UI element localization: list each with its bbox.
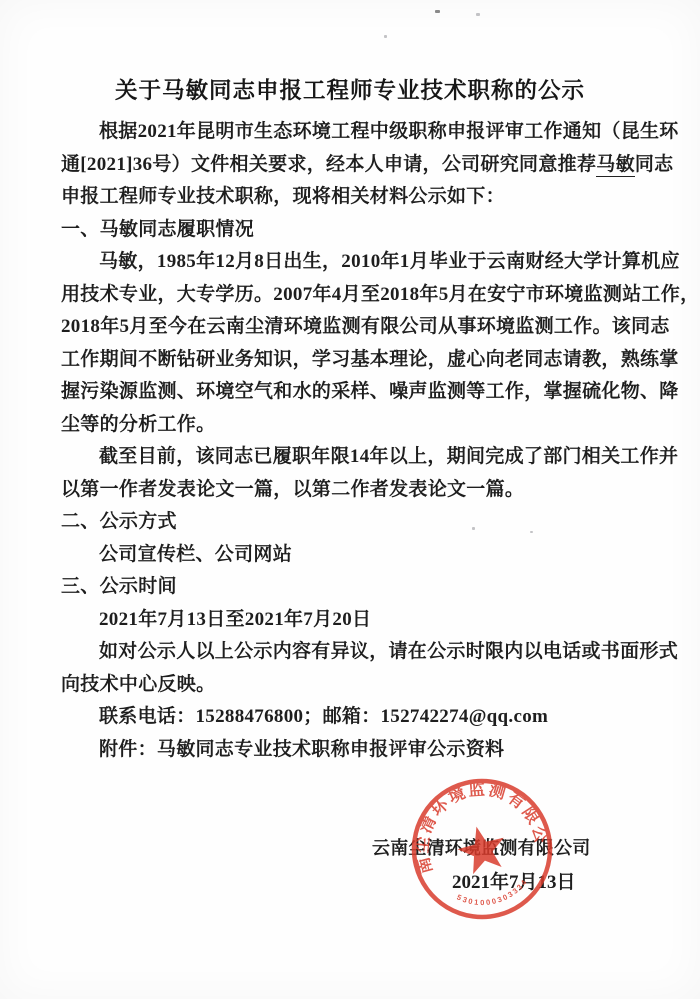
section-heading-2: 二、公示方式	[61, 506, 639, 539]
paragraph-line: 以第一作者发表论文一篇，以第二作者发表论文一篇。	[61, 474, 639, 507]
document-title: 关于马敏同志申报工程师专业技术职称的公示	[61, 76, 639, 106]
intro-line: 根据2021年昆明市生态环境工程中级职称申报评审工作通知（昆生环	[61, 116, 639, 149]
paragraph-line: 如对公示人以上公示内容有异议，请在公示时限内以电话或书面形式	[61, 636, 639, 669]
paragraph-line: 工作期间不断钻研业务知识，学习基本理论，虚心向老同志请教，熟练掌	[61, 344, 639, 377]
intro-line: 通[2021]36号）文件相关要求，经本人申请，公司研究同意推荐马敏同志	[61, 149, 639, 182]
paragraph-line: 握污染源监测、环境空气和水的采样、噪声监测等工作，掌握硫化物、降	[61, 376, 639, 409]
section2-content: 公司宣传栏、公司网站	[61, 539, 639, 572]
paragraph-line: 向技术中心反映。	[61, 669, 639, 702]
svg-text:云南尘清环境监测有限公司: 云南尘清环境监测有限公司	[391, 758, 552, 880]
intro-line: 申报工程师专业技术职称，现将相关材料公示如下：	[61, 181, 639, 214]
paragraph-line: 截至目前，该同志已履职年限14年以上，期间完成了部门相关工作并	[61, 441, 639, 474]
section3-content: 2021年7月13日至2021年7月20日	[61, 604, 639, 637]
seal-number: 5301000303334	[454, 875, 533, 914]
applicant-name-underlined: 马敏	[596, 154, 635, 177]
section-heading-1: 一、马敏同志履职情况	[61, 214, 639, 247]
official-seal: 云南尘清环境监测有限公司 5301000303334	[391, 758, 573, 940]
svg-text:5301000303334: 5301000303334	[454, 875, 533, 914]
paragraph-line: 马敏，1985年12月8日出生，2010年1月毕业于云南财经大学计算机应	[61, 246, 639, 279]
section-heading-3: 三、公示时间	[61, 571, 639, 604]
paragraph-line: 用技术专业，大专学历。2007年4月至2018年5月在安宁市环境监测站工作，	[61, 279, 639, 312]
contact-phone-line: 联系电话：15288476800；邮箱：152742274@qq.com	[61, 701, 639, 734]
attachment-line: 附件：马敏同志专业技术职称申报评审公示资料	[61, 734, 639, 767]
document-page: 关于马敏同志申报工程师专业技术职称的公示 根据2021年昆明市生态环境工程中级职…	[0, 0, 700, 999]
document-body: 关于马敏同志申报工程师专业技术职称的公示 根据2021年昆明市生态环境工程中级职…	[61, 0, 639, 766]
intro-line-pre: 通[2021]36号）文件相关要求，经本人申请，公司研究同意推荐	[61, 154, 596, 175]
paragraph-line: 2018年5月至今在云南尘清环境监测有限公司从事环境监测工作。该同志	[61, 311, 639, 344]
paragraph-line: 尘等的分析工作。	[61, 409, 639, 442]
star-icon	[453, 821, 510, 876]
seal-company-arc: 云南尘清环境监测有限公司	[391, 758, 552, 880]
intro-line-post: 同志	[635, 154, 674, 175]
